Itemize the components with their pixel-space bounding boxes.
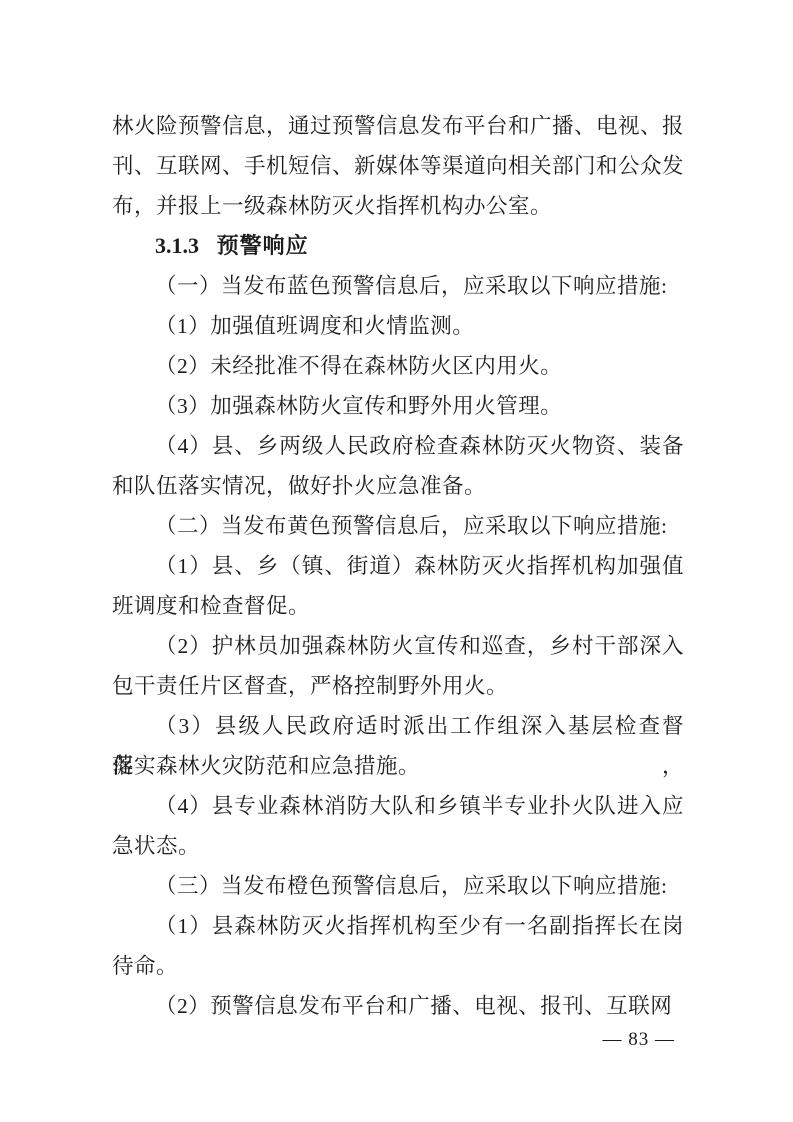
section-heading: 3.1.3预警响应 xyxy=(112,226,684,266)
paragraph: （1）县森林防灭火指挥机构至少有一名副指挥长在岗待命。 xyxy=(112,906,684,986)
paragraph: （2）未经批准不得在森林防火区内用火。 xyxy=(112,346,684,386)
paragraph: （2）护林员加强森林防火宣传和巡查，乡村干部深入包干责任片区督查，严格控制野外用… xyxy=(112,626,684,706)
section-number: 3.1.3 xyxy=(155,233,199,258)
paragraph: （2）预警信息发布平台和广播、电视、报刊、互联网 xyxy=(112,986,684,1026)
text-line: （1）县、乡（镇、街道）森林防灭火指挥机构加强值 xyxy=(112,546,684,586)
text-line: 布，并报上一级森林防灭火指挥机构办公室。 xyxy=(112,186,684,226)
text-line: 班调度和检查督促。 xyxy=(112,586,684,626)
text-line: （一）当发布蓝色预警信息后，应采取以下响应措施: xyxy=(112,266,684,306)
text-line: （3）加强森林防火宣传和野外用火管理。 xyxy=(112,386,684,426)
text-line: 急状态。 xyxy=(112,826,684,866)
document-page: 林火险预警信息，通过预警信息发布平台和广播、电视、报刊、互联网、手机短信、新媒体… xyxy=(0,0,793,1122)
paragraph: （1）县、乡（镇、街道）森林防灭火指挥机构加强值班调度和检查督促。 xyxy=(112,546,684,626)
text-line: （2）预警信息发布平台和广播、电视、报刊、互联网 xyxy=(112,986,684,1026)
text-line: （三）当发布橙色预警信息后，应采取以下响应措施: xyxy=(112,866,684,906)
page-number: — 83 — xyxy=(603,1026,676,1054)
paragraph: （1）加强值班调度和火情监测。 xyxy=(112,306,684,346)
text-line: （2）未经批准不得在森林防火区内用火。 xyxy=(112,346,684,386)
text-line: 和队伍落实情况，做好扑火应急准备。 xyxy=(112,466,684,506)
text-line: （3）县级人民政府适时派出工作组深入基层检查督促， xyxy=(112,706,684,746)
text-line: （4）县专业森林消防大队和乡镇半专业扑火队进入应 xyxy=(112,786,684,826)
text-line: （1）加强值班调度和火情监测。 xyxy=(112,306,684,346)
paragraph: 林火险预警信息，通过预警信息发布平台和广播、电视、报刊、互联网、手机短信、新媒体… xyxy=(112,106,684,226)
text-line: （1）县森林防灭火指挥机构至少有一名副指挥长在岗 xyxy=(112,906,684,946)
text-line: 林火险预警信息，通过预警信息发布平台和广播、电视、报 xyxy=(112,106,684,146)
section-title: 预警响应 xyxy=(217,233,309,258)
paragraph: （一）当发布蓝色预警信息后，应采取以下响应措施: xyxy=(112,266,684,306)
text-line: 待命。 xyxy=(112,946,684,986)
text-line: （二）当发布黄色预警信息后，应采取以下响应措施: xyxy=(112,506,684,546)
paragraph: （3）县级人民政府适时派出工作组深入基层检查督促，落实森林火灾防范和应急措施。 xyxy=(112,706,684,786)
paragraph: （三）当发布橙色预警信息后，应采取以下响应措施: xyxy=(112,866,684,906)
text-line: （2）护林员加强森林防火宣传和巡查，乡村干部深入 xyxy=(112,626,684,666)
text-line: 包干责任片区督查，严格控制野外用火。 xyxy=(112,666,684,706)
text-line: 刊、互联网、手机短信、新媒体等渠道向相关部门和公众发 xyxy=(112,146,684,186)
paragraph: （4）县、乡两级人民政府检查森林防灭火物资、装备和队伍落实情况，做好扑火应急准备… xyxy=(112,426,684,506)
text-line: （4）县、乡两级人民政府检查森林防灭火物资、装备 xyxy=(112,426,684,466)
paragraph: （3）加强森林防火宣传和野外用火管理。 xyxy=(112,386,684,426)
paragraph: （4）县专业森林消防大队和乡镇半专业扑火队进入应急状态。 xyxy=(112,786,684,866)
document-content: 林火险预警信息，通过预警信息发布平台和广播、电视、报刊、互联网、手机短信、新媒体… xyxy=(112,106,684,1026)
paragraph: （二）当发布黄色预警信息后，应采取以下响应措施: xyxy=(112,506,684,546)
